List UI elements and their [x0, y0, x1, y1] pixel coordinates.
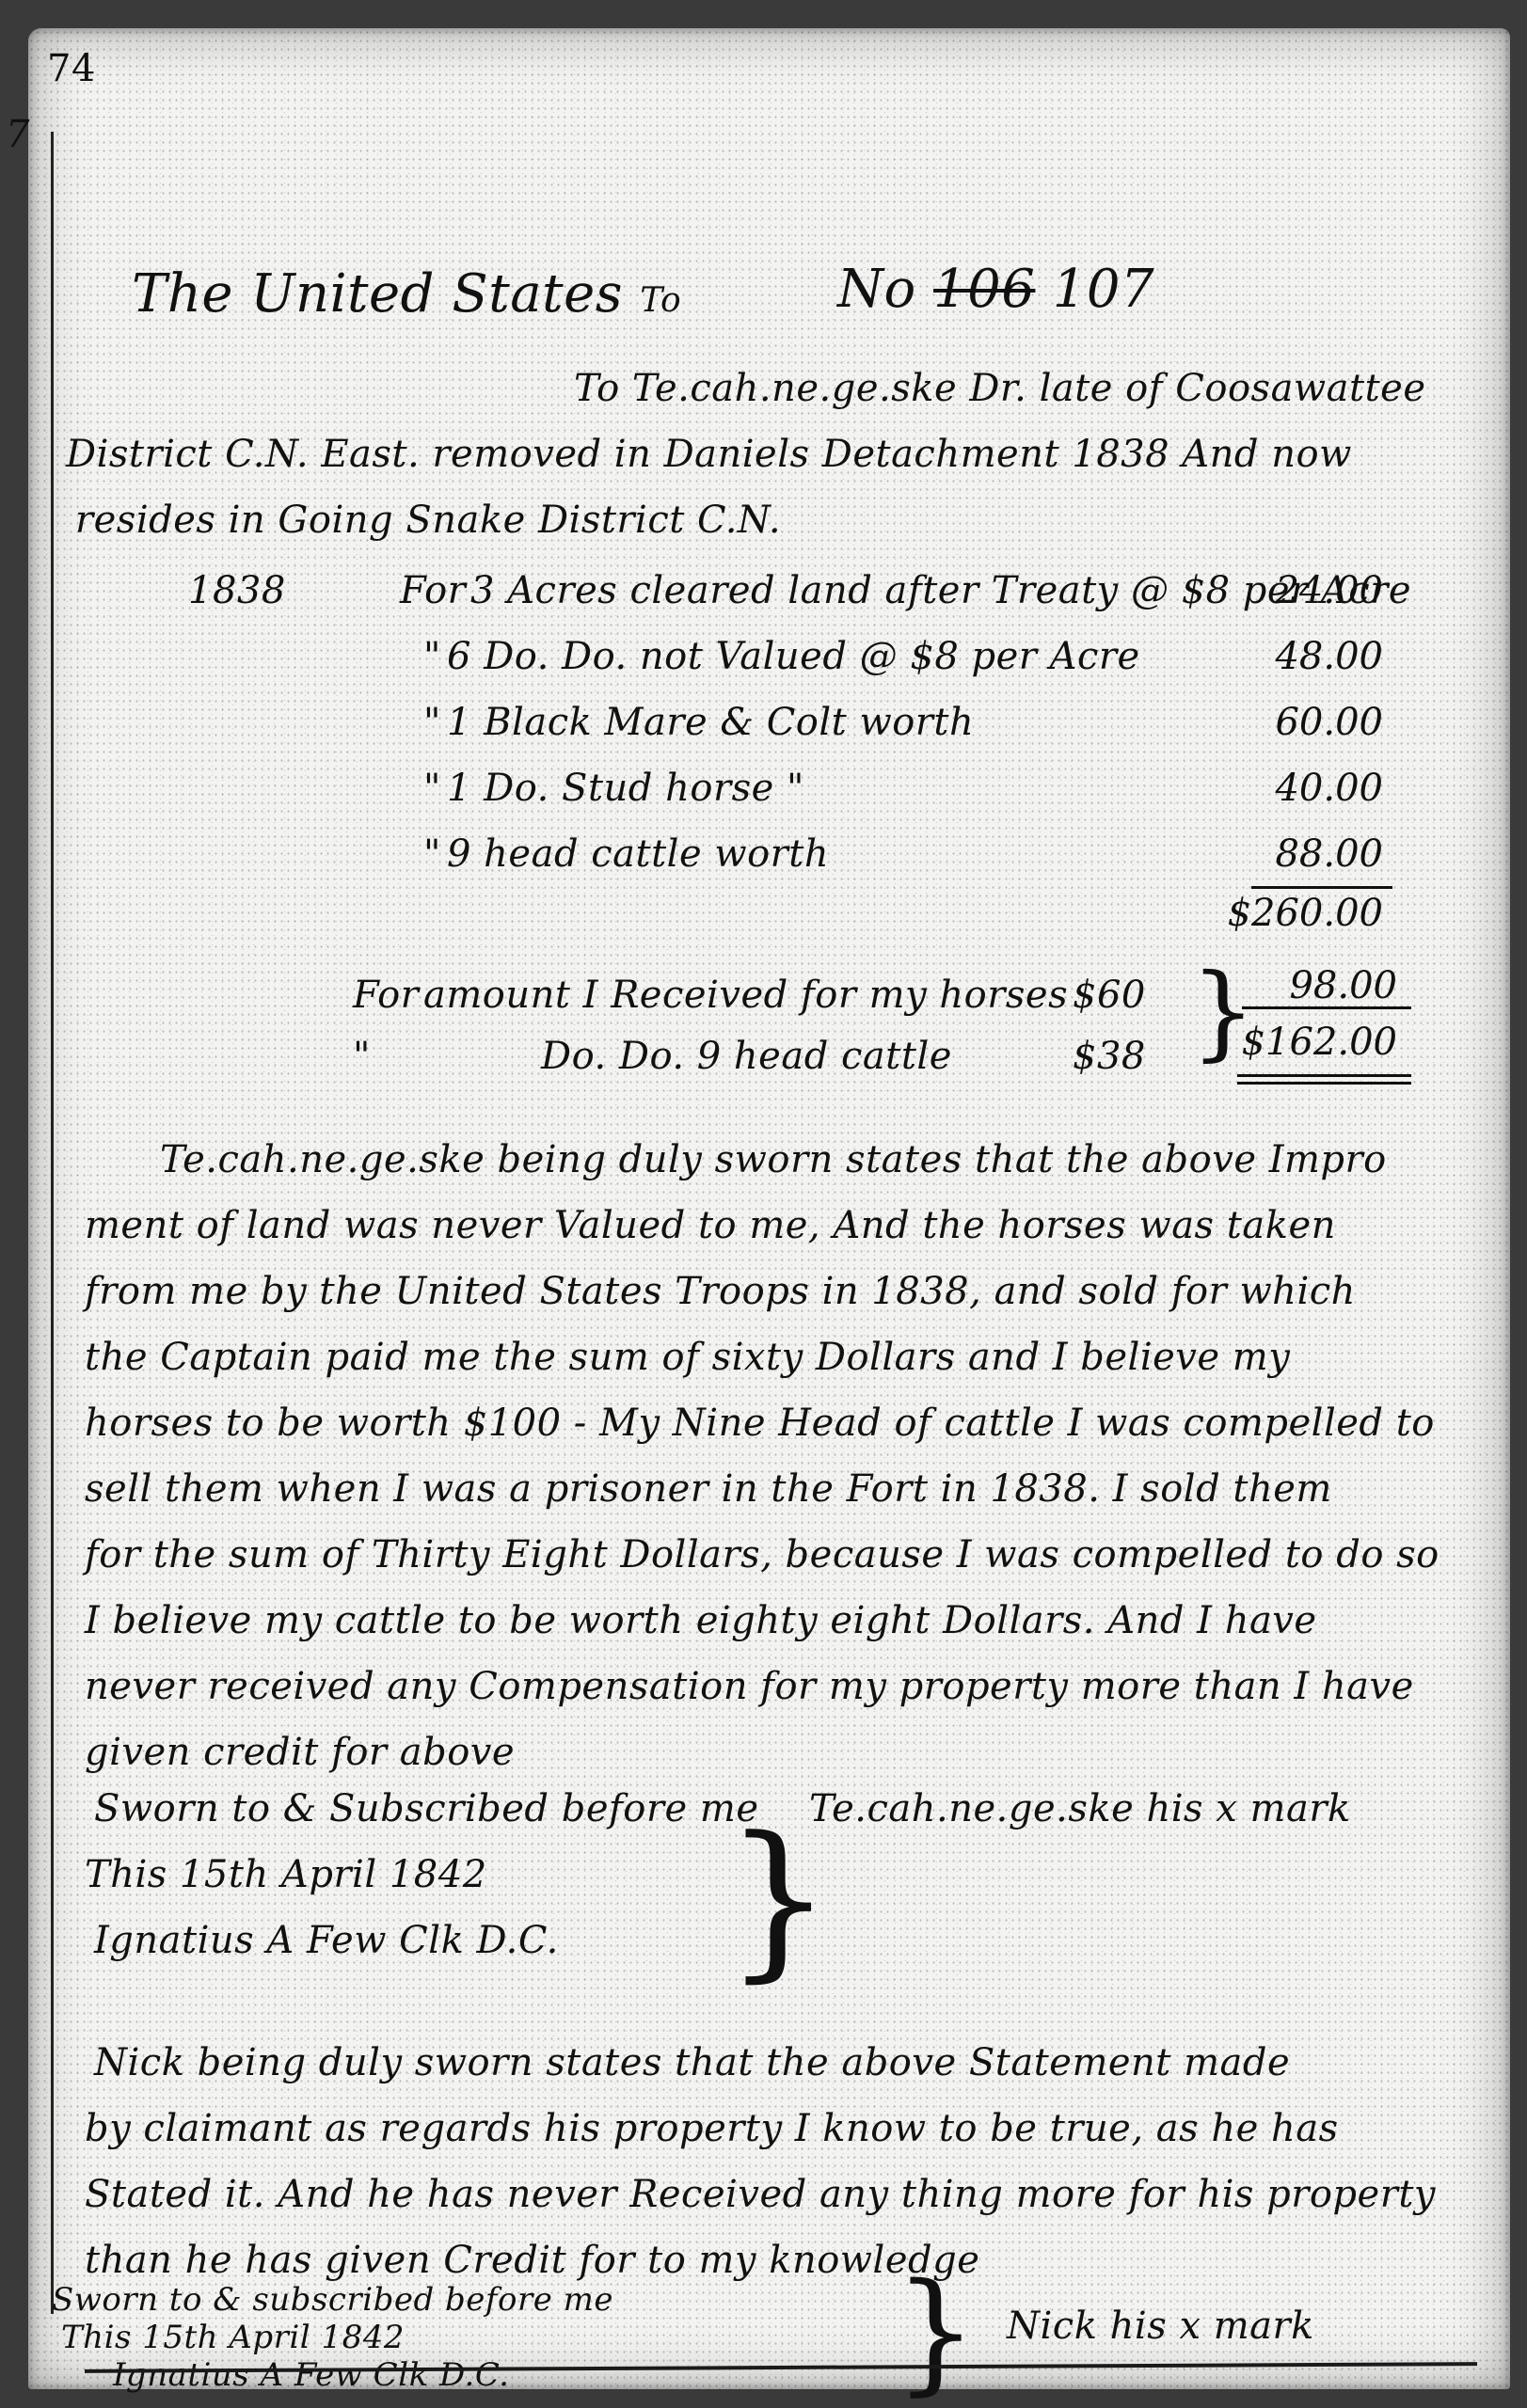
- jurat-brace: }: [724, 1815, 833, 1985]
- balance-underline-1: [1237, 1074, 1411, 1077]
- subtotal: $260.00: [1204, 892, 1383, 935]
- subtotal-rule: [1251, 886, 1392, 889]
- account-year: 1838: [188, 569, 286, 612]
- claimant-line: To Te.cah.ne.ge.ske Dr. late of Coosawat…: [574, 367, 1426, 410]
- balance-underline-2: [1237, 1082, 1411, 1085]
- margin-rule: [51, 132, 54, 2314]
- claimant-signature: Te.cah.ne.ge.ske his x mark: [809, 1787, 1351, 1830]
- balance: $162.00: [1218, 1021, 1397, 1064]
- page-number: 74: [47, 47, 96, 90]
- district-line: District C.N. East. removed in Daniels D…: [66, 433, 1352, 476]
- struck-claim-number: 106: [933, 259, 1035, 320]
- document-page: 74 7 The United States To No 106 107 To …: [28, 28, 1510, 2389]
- residence-line: resides in Going Snake District C.N.: [75, 499, 781, 542]
- claim-number: No 106 107: [837, 259, 1154, 320]
- heading: The United States To: [132, 263, 681, 325]
- jurat-brace: }: [894, 2267, 978, 2399]
- witness-signature: Nick his x mark: [1007, 2305, 1314, 2348]
- margin-mark: 7: [6, 113, 30, 156]
- balance-rule: [1242, 1006, 1411, 1009]
